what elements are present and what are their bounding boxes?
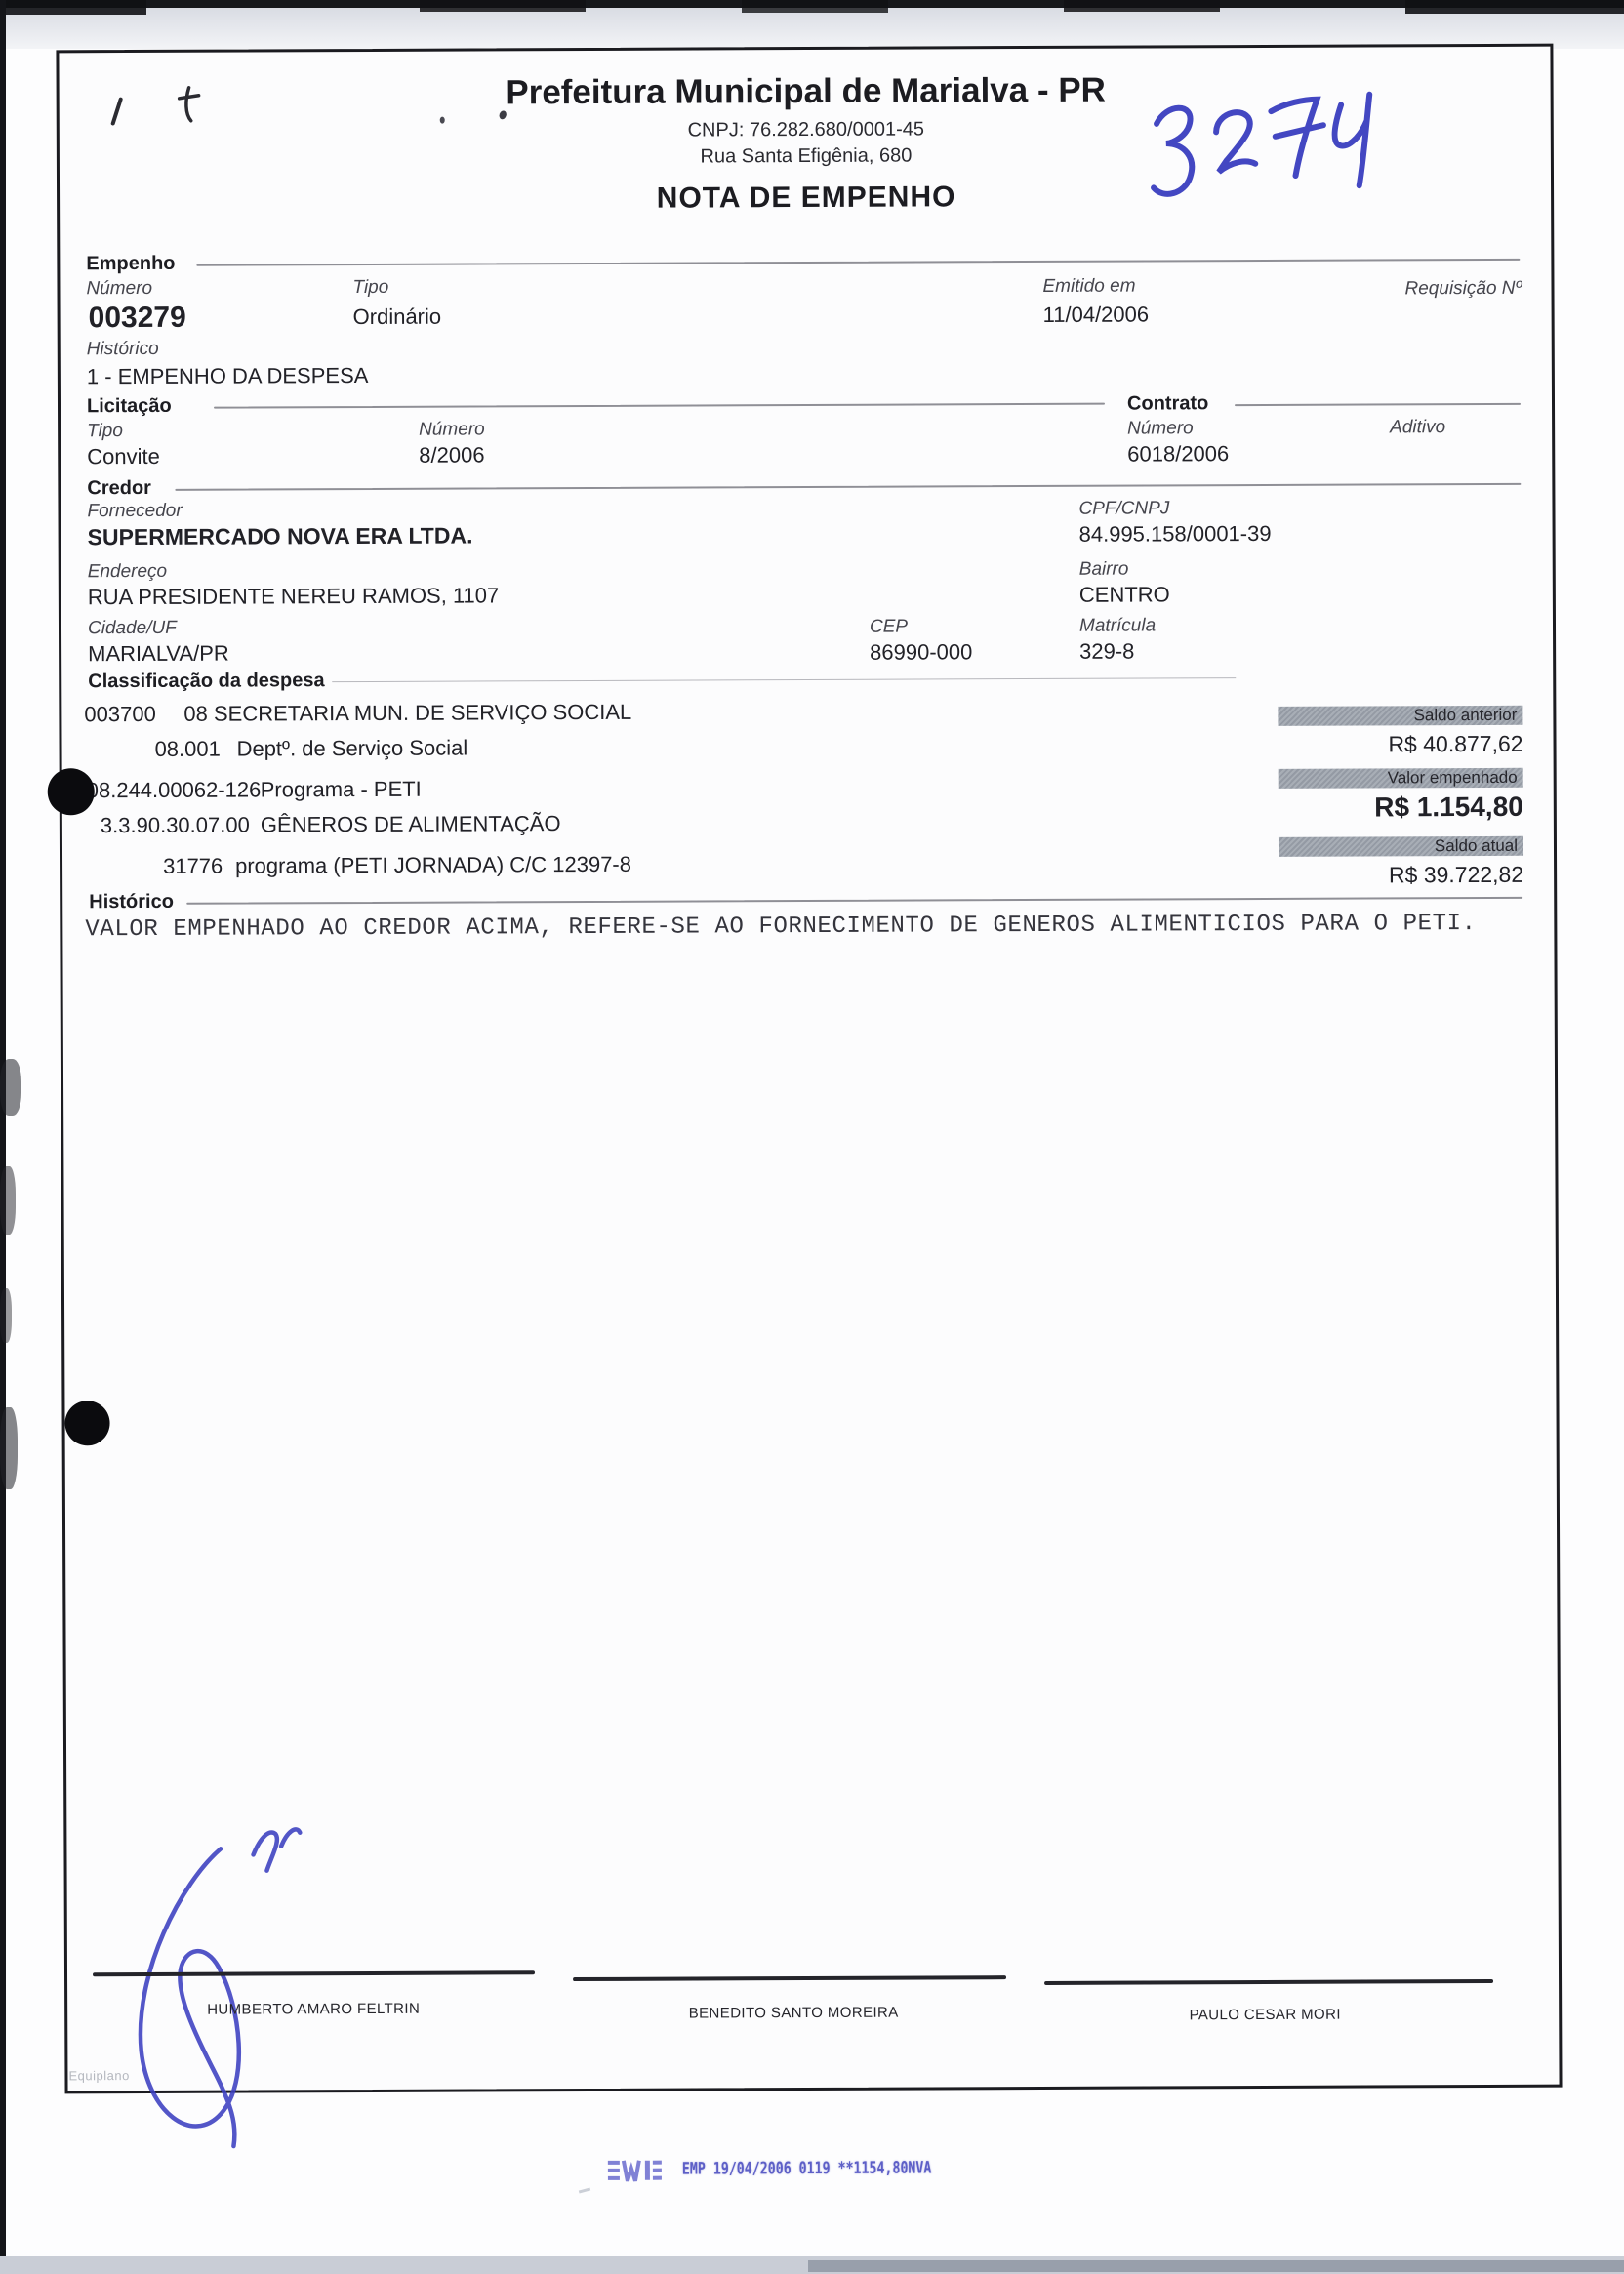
classificacao-code: 3.3.90.30.07.00 — [101, 813, 250, 839]
credor-cpf-cnpj-value: 84.995.158/0001-39 — [1079, 521, 1272, 548]
licitacao-tipo-label: Tipo — [87, 421, 123, 442]
credor-cep-value: 86990-000 — [870, 639, 972, 665]
empenho-numero-label: Número — [86, 278, 152, 300]
section-contrato-header: Contrato — [1127, 392, 1208, 415]
valor-empenhado-bar: Valor empenhado — [1279, 768, 1523, 789]
empenho-historico-label: Histórico — [87, 339, 159, 360]
classificacao-code: 31776 — [163, 854, 223, 879]
saldo-anterior-value: R$ 40.877,62 — [1388, 731, 1522, 758]
document-frame — [56, 44, 1562, 2094]
classificacao-desc: GÊNEROS DE ALIMENTAÇÃO — [261, 811, 561, 837]
credor-bairro-value: CENTRO — [1079, 582, 1170, 607]
classificacao-desc: programa (PETI JORNADA) C/C 12397-8 — [235, 852, 631, 879]
stamp-logo-icon — [606, 2154, 665, 2191]
saldo-atual-label: Saldo atual — [1435, 836, 1518, 856]
section-empenho-header: Empenho — [86, 253, 175, 275]
saldo-atual-value: R$ 39.722,82 — [1389, 862, 1523, 889]
equiplano-watermark: Equiplano — [68, 2068, 129, 2083]
credor-cidade-uf-label: Cidade/UF — [88, 618, 177, 639]
section-classificacao-header: Classificação da despesa — [88, 670, 324, 693]
credor-bairro-label: Bairro — [1079, 559, 1129, 581]
licitacao-numero-value: 8/2006 — [419, 442, 484, 467]
classificacao-code: 003700 — [84, 702, 156, 727]
classificacao-desc: 08 SECRETARIA MUN. DE SERVIÇO SOCIAL — [183, 700, 631, 727]
credor-fornecedor-label: Fornecedor — [87, 501, 182, 522]
licitacao-tipo-value: Convite — [87, 444, 160, 469]
scanned-page: Prefeitura Municipal de Marialva - PR CN… — [0, 0, 1624, 2274]
section-historico-header: Histórico — [89, 891, 174, 914]
empenho-requisicao-label: Requisição Nº — [1404, 278, 1522, 301]
contrato-numero-label: Número — [1127, 418, 1194, 439]
empenho-emitido-label: Emitido em — [1042, 276, 1135, 298]
classificacao-desc: Programa - PETI — [261, 777, 422, 803]
print-dot — [440, 117, 445, 124]
signature-name: HUMBERTO AMARO FELTRIN — [207, 2001, 420, 2018]
saldo-anterior-label: Saldo anterior — [1414, 706, 1518, 725]
licitacao-numero-label: Número — [419, 419, 485, 440]
empenho-tipo-value: Ordinário — [353, 305, 442, 330]
saldo-atual-bar: Saldo atual — [1279, 836, 1523, 857]
credor-cep-label: CEP — [870, 617, 908, 638]
credor-endereco-value: RUA PRESIDENTE NEREU RAMOS, 1107 — [88, 583, 499, 610]
stamp-text: EMP 19/04/2006 0119 **1154,80NVA — [682, 2158, 932, 2178]
classificacao-desc: Deptº. de Serviço Social — [236, 736, 467, 762]
signature-scribble — [81, 1819, 356, 2157]
handwritten-number — [1128, 79, 1422, 217]
hole-punch-icon — [48, 768, 95, 815]
section-licitacao-header: Licitação — [87, 395, 172, 418]
valor-empenhado-label: Valor empenhado — [1388, 768, 1518, 789]
credor-cidade-uf-value: MARIALVA/PR — [88, 641, 229, 668]
credor-fornecedor-value: SUPERMERCADO NOVA ERA LTDA. — [88, 523, 473, 551]
empenho-emitido-value: 11/04/2006 — [1043, 302, 1150, 327]
contrato-numero-value: 6018/2006 — [1127, 441, 1229, 467]
credor-cpf-cnpj-label: CPF/CNPJ — [1078, 498, 1169, 519]
credor-endereco-label: Endereço — [88, 561, 167, 583]
empenho-tipo-label: Tipo — [352, 277, 388, 299]
contrato-aditivo-label: Aditivo — [1390, 417, 1445, 438]
credor-matricula-label: Matrícula — [1079, 615, 1156, 636]
empenho-historico-value: 1 - EMPENHO DA DESPESA — [87, 363, 369, 389]
pen-mark-tick — [178, 85, 203, 124]
paper: Prefeitura Municipal de Marialva - PR CN… — [0, 0, 1624, 2274]
scan-artifact-faint-mark — [579, 2187, 590, 2193]
signature-name: PAULO CESAR MORI — [1190, 2007, 1341, 2024]
classificacao-code: 08.244.00062-126 — [87, 777, 262, 803]
credor-matricula-value: 329-8 — [1079, 639, 1134, 665]
hole-punch-icon — [64, 1401, 109, 1445]
signature-name: BENEDITO SANTO MOREIRA — [689, 2005, 899, 2022]
empenho-numero-value: 003279 — [89, 302, 186, 335]
section-credor-header: Credor — [87, 477, 151, 500]
valor-empenhado-value: R$ 1.154,80 — [1374, 792, 1523, 824]
classificacao-code: 08.001 — [154, 737, 220, 762]
saldo-anterior-bar: Saldo anterior — [1278, 706, 1522, 726]
